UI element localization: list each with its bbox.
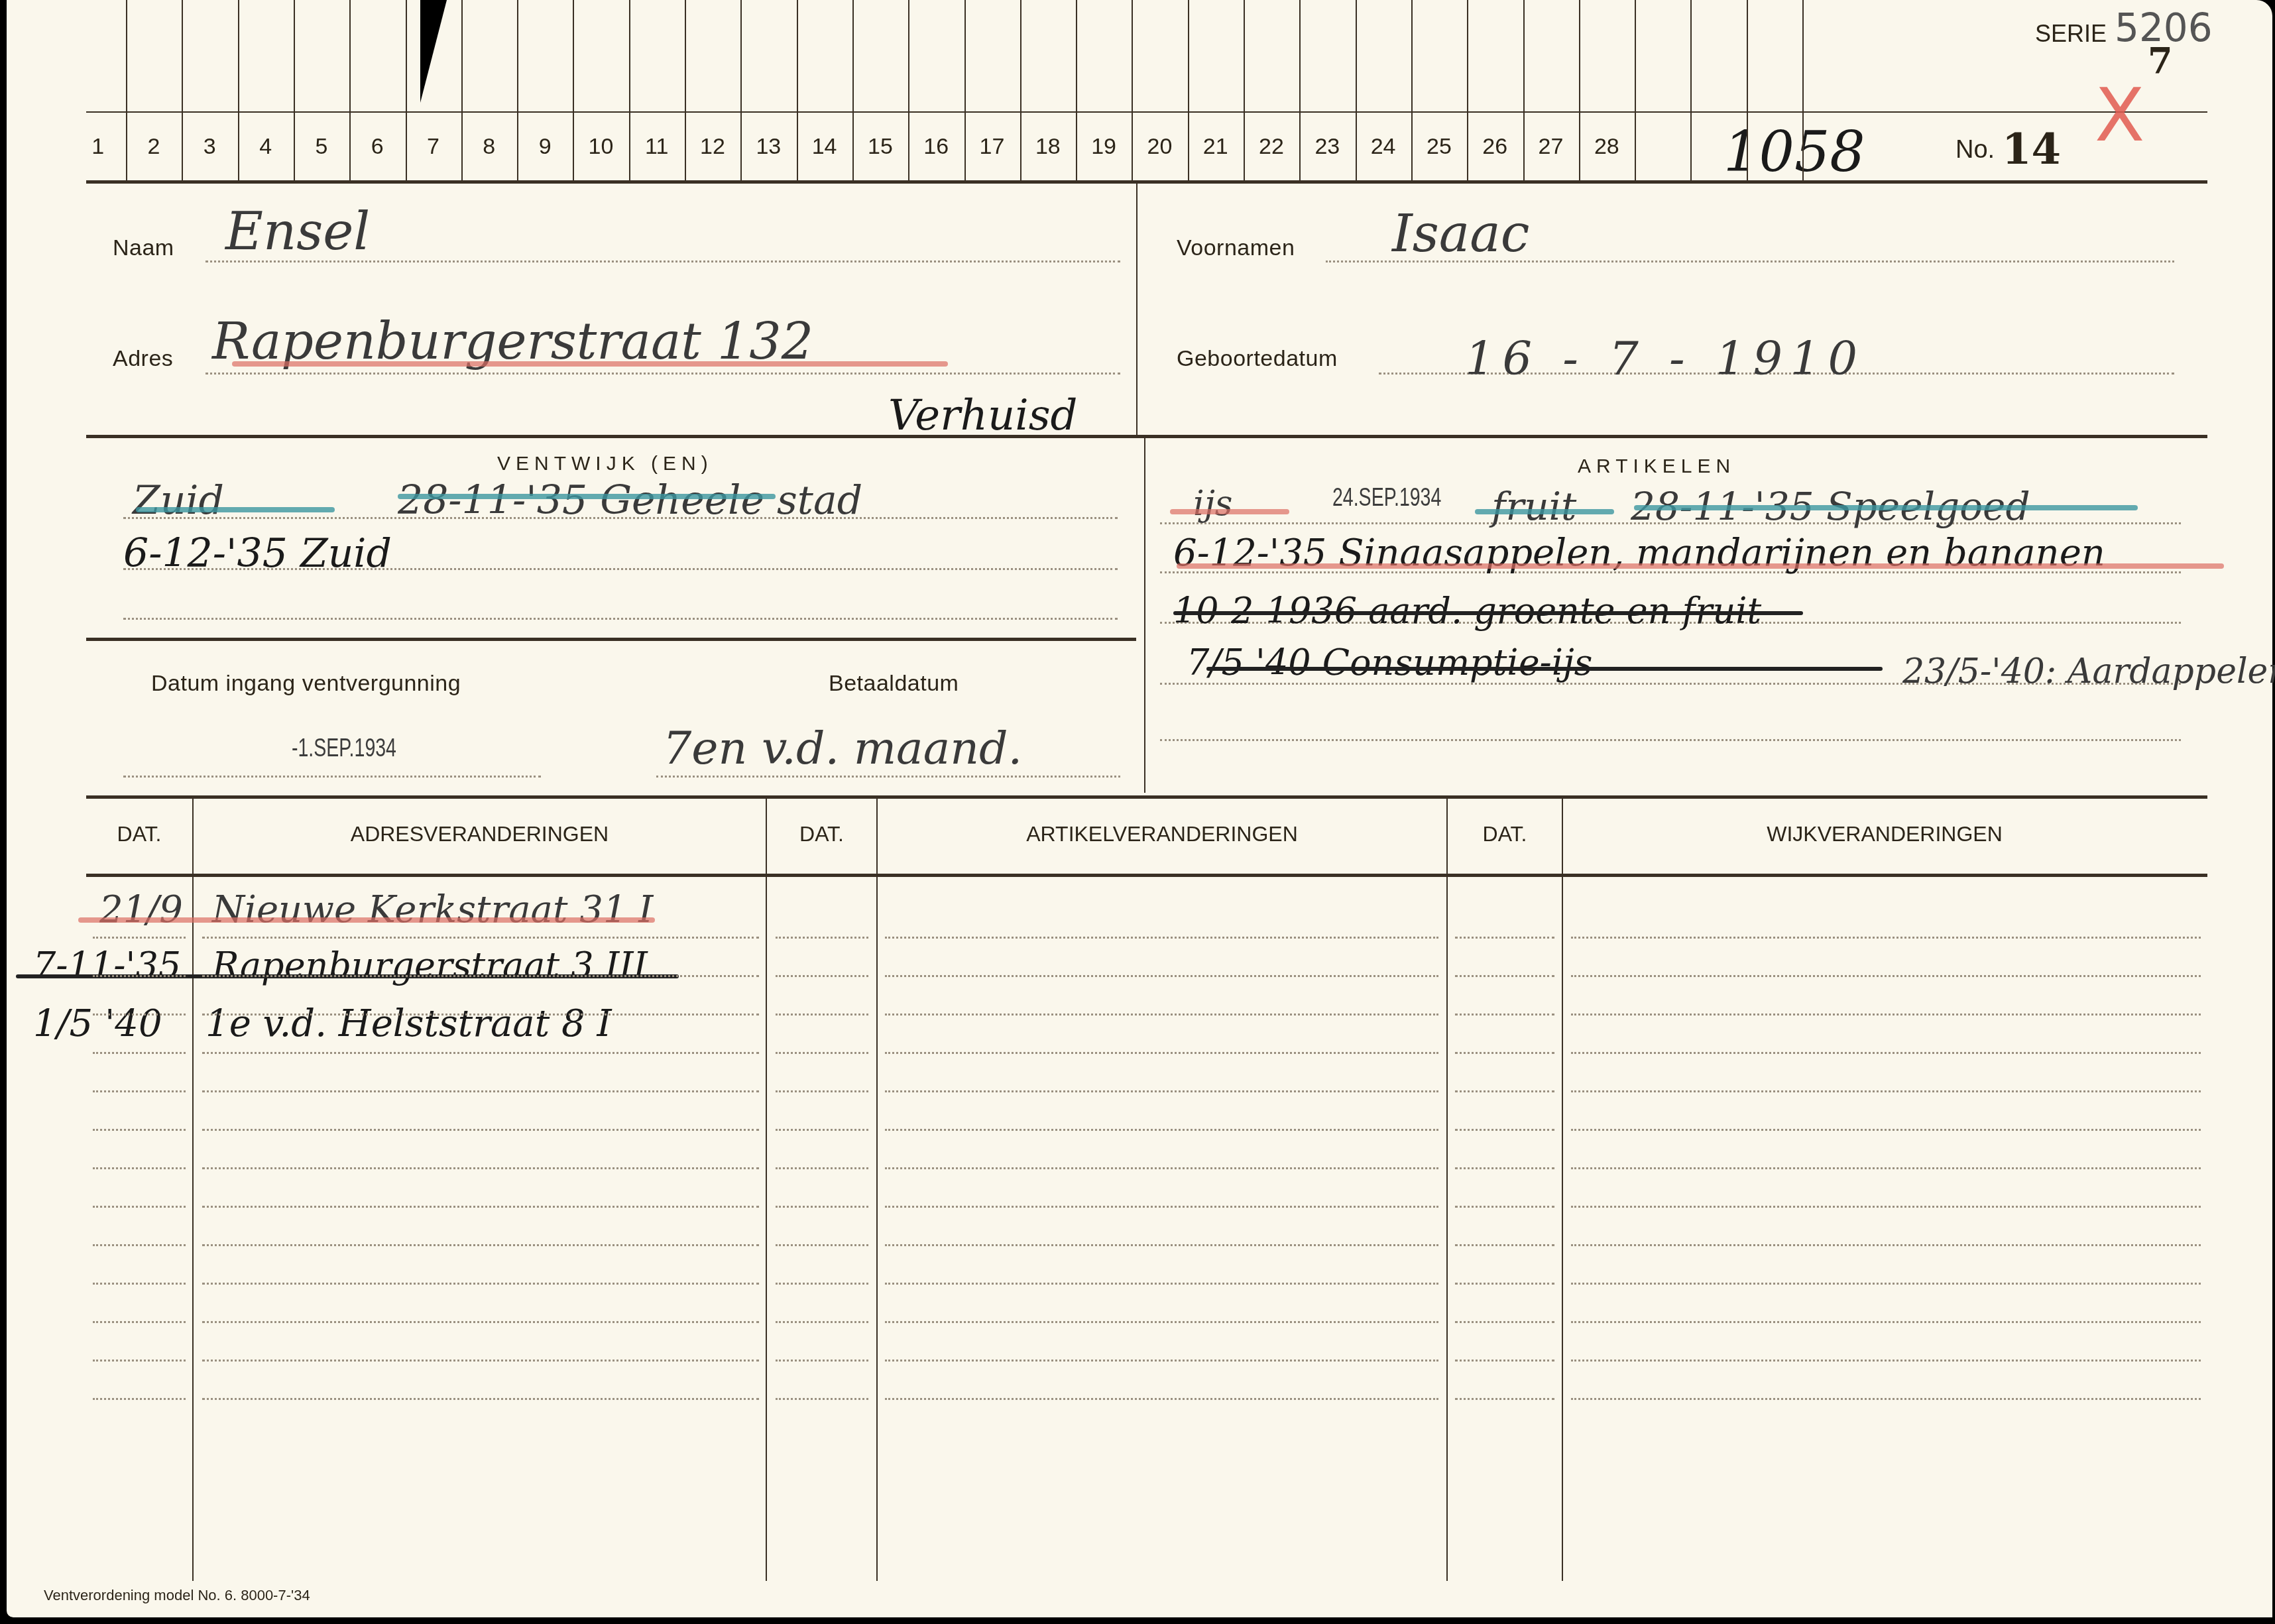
col-divider-4 bbox=[1446, 799, 1448, 1581]
table-row-rule bbox=[885, 1052, 1438, 1054]
table-row-rule bbox=[1571, 1167, 2201, 1169]
table-row-rule bbox=[1455, 1321, 1554, 1323]
table-top-line bbox=[86, 795, 2207, 799]
table-row-rule bbox=[776, 1090, 868, 1092]
table-row-rule bbox=[202, 1090, 759, 1092]
day-grid-divider bbox=[1802, 0, 1804, 180]
registration-card: 1058 SERIE 5206 7 X No. 14 Naam Ensel Vo… bbox=[7, 0, 2272, 1617]
table-row-rule bbox=[776, 1360, 868, 1362]
artikel-entry-6: 7/5 '40 Consumptie-ijs bbox=[1187, 642, 1593, 683]
day-grid-divider bbox=[1635, 0, 1636, 180]
day-number: 2 bbox=[127, 134, 180, 160]
betaaldatum-label: Betaaldatum bbox=[829, 671, 959, 697]
artikel-entry-2: fruit bbox=[1491, 484, 1576, 529]
table-row-rule bbox=[885, 1090, 1438, 1092]
geboortedatum-label: Geboortedatum bbox=[1177, 346, 1338, 372]
table-row-rule bbox=[1455, 1360, 1554, 1362]
table-row-rule bbox=[776, 1321, 868, 1323]
day-number: 11 bbox=[630, 134, 683, 160]
artikel-entry-4-strike bbox=[1177, 563, 2224, 569]
artikelen-stamp: 24.SEP.1934 bbox=[1332, 484, 1441, 512]
day-number: 10 bbox=[574, 134, 627, 160]
naam-value: Ensel bbox=[225, 202, 370, 262]
day-number: 25 bbox=[1413, 134, 1466, 160]
day-number: 14 bbox=[798, 134, 851, 160]
red-x-mark: X bbox=[2095, 73, 2144, 158]
day-number: 13 bbox=[742, 134, 795, 160]
table-row-rule bbox=[93, 1052, 186, 1054]
artikel-entry-3-strike bbox=[1634, 505, 2138, 510]
table-row-rule bbox=[885, 1167, 1438, 1169]
betaaldatum-value: 7en v.d. maand. bbox=[663, 723, 1022, 775]
section-divider-1 bbox=[86, 435, 2207, 438]
adres-strikethrough bbox=[232, 361, 948, 367]
table-row-rule bbox=[1571, 1129, 2201, 1131]
no-label: No. bbox=[1955, 136, 1995, 164]
section-divider-2 bbox=[86, 638, 1136, 641]
table-row-rule bbox=[1455, 1014, 1554, 1015]
table-row-rule bbox=[202, 975, 759, 977]
artikel-entry-2-strike bbox=[1475, 509, 1614, 514]
table-row-rule bbox=[202, 1206, 759, 1208]
card-number-handwritten: 1058 bbox=[1723, 119, 1865, 184]
serie-label: SERIE bbox=[2035, 20, 2107, 48]
adres-row-2-address: Rapenburgerstraat 3 III bbox=[212, 945, 648, 986]
table-row-rule bbox=[1455, 1052, 1554, 1054]
table-row-rule bbox=[93, 1321, 186, 1323]
day-grid-mid-line bbox=[86, 111, 2207, 113]
table-row-rule bbox=[885, 1360, 1438, 1362]
table-row-rule bbox=[202, 1398, 759, 1400]
day-number: 20 bbox=[1133, 134, 1186, 160]
table-row-rule bbox=[1571, 975, 2201, 977]
table-header-line bbox=[86, 874, 2207, 877]
header-dat-2: DAT. bbox=[767, 822, 876, 846]
artikel-entry-5-strike bbox=[1173, 611, 1803, 615]
day-number: 17 bbox=[966, 134, 1019, 160]
ventwijk-entry-2-strike bbox=[398, 494, 776, 499]
table-row-rule bbox=[776, 975, 868, 977]
table-row-rule bbox=[885, 1244, 1438, 1246]
table-row-rule bbox=[1571, 1283, 2201, 1285]
table-row-rule bbox=[776, 1014, 868, 1015]
artikel-entry-1: ijs bbox=[1193, 484, 1232, 524]
ventwijk-entry-1-strike bbox=[136, 507, 335, 512]
col-divider-5 bbox=[1562, 799, 1563, 1581]
day-number: 9 bbox=[518, 134, 571, 160]
day-number: 6 bbox=[351, 134, 404, 160]
day-grid-divider bbox=[1690, 0, 1692, 180]
day-number: 7 bbox=[407, 134, 460, 160]
table-row-rule bbox=[776, 1206, 868, 1208]
table-row-rule bbox=[202, 937, 759, 939]
adres-note: Verhuisd bbox=[888, 391, 1078, 440]
betaaldatum-line bbox=[656, 776, 1120, 778]
table-row-rule bbox=[93, 1167, 186, 1169]
table-row-rule bbox=[202, 1052, 759, 1054]
day-number: 8 bbox=[463, 134, 516, 160]
day-number: 3 bbox=[183, 134, 236, 160]
table-row-rule bbox=[1571, 1398, 2201, 1400]
day-number: 26 bbox=[1468, 134, 1521, 160]
day-number: 15 bbox=[854, 134, 907, 160]
card-notch bbox=[420, 0, 447, 103]
artikel-entry-6-strike bbox=[1206, 667, 1883, 671]
table-row-rule bbox=[93, 1360, 186, 1362]
table-row-rule bbox=[776, 1283, 868, 1285]
table-row-rule bbox=[1571, 937, 2201, 939]
table-row-rule bbox=[1571, 1244, 2201, 1246]
day-number: 22 bbox=[1245, 134, 1298, 160]
table-row-rule bbox=[93, 975, 186, 977]
table-row-rule bbox=[93, 1283, 186, 1285]
table-row-rule bbox=[93, 1206, 186, 1208]
table-row-rule bbox=[776, 937, 868, 939]
day-number: 4 bbox=[239, 134, 292, 160]
table-row-rule bbox=[885, 1398, 1438, 1400]
table-row-rule bbox=[1455, 975, 1554, 977]
day-number: 5 bbox=[295, 134, 348, 160]
day-number: 21 bbox=[1189, 134, 1242, 160]
table-row-rule bbox=[1571, 1014, 2201, 1015]
table-row-rule bbox=[1455, 1090, 1554, 1092]
artikel-entry-1-strike bbox=[1170, 509, 1289, 514]
header-dat-3: DAT. bbox=[1448, 822, 1562, 846]
table-row-rule bbox=[1455, 1129, 1554, 1131]
header-adresveranderingen: ADRESVERANDERINGEN bbox=[194, 822, 766, 846]
table-row-rule bbox=[1571, 1360, 2201, 1362]
table-row-rule bbox=[93, 1014, 186, 1015]
ventwijk-title: VENTWIJK (EN) bbox=[497, 453, 713, 475]
header-wijkveranderingen: WIJKVERANDERINGEN bbox=[1563, 822, 2206, 846]
ventwijk-entry-2: 28-11-'35 Geheele stad bbox=[398, 477, 862, 524]
table-row-rule bbox=[93, 1129, 186, 1131]
ventwijk-entry-1: Zuid bbox=[133, 477, 224, 524]
table-row-rule bbox=[1455, 1283, 1554, 1285]
day-number: 23 bbox=[1301, 134, 1354, 160]
table-row-rule bbox=[776, 1167, 868, 1169]
table-row-rule bbox=[776, 1398, 868, 1400]
table-row-rule bbox=[1571, 1206, 2201, 1208]
serie-sub: 7 bbox=[2148, 40, 2173, 82]
header-dat-1: DAT. bbox=[86, 822, 192, 846]
table-row-rule bbox=[1455, 1244, 1554, 1246]
adres-row-3-date: 1/5 '40 bbox=[33, 1002, 162, 1045]
datum-ingang-line bbox=[123, 776, 541, 778]
geboortedatum-value: 16 - 7 - 1910 bbox=[1465, 331, 1865, 386]
table-row-rule bbox=[1455, 1398, 1554, 1400]
table-row-rule bbox=[885, 937, 1438, 939]
table-row-rule bbox=[885, 1129, 1438, 1131]
table-row-rule bbox=[93, 1244, 186, 1246]
artikelen-line-5 bbox=[1160, 739, 2181, 741]
table-row-rule bbox=[885, 1283, 1438, 1285]
day-number: 28 bbox=[1580, 134, 1633, 160]
table-row-rule bbox=[202, 1129, 759, 1131]
table-row-rule bbox=[776, 1129, 868, 1131]
table-row-rule bbox=[1455, 1167, 1554, 1169]
day-number: 19 bbox=[1077, 134, 1130, 160]
table-row-rule bbox=[1571, 1321, 2201, 1323]
table-row-rule bbox=[1571, 1052, 2201, 1054]
col-divider-1 bbox=[192, 799, 194, 1581]
adres-label: Adres bbox=[113, 346, 173, 372]
day-grid-divider bbox=[1747, 0, 1748, 180]
day-number: 16 bbox=[909, 134, 962, 160]
table-row-rule bbox=[885, 1206, 1438, 1208]
table-row-rule bbox=[202, 1360, 759, 1362]
day-number: 24 bbox=[1357, 134, 1410, 160]
voornamen-label: Voornamen bbox=[1177, 235, 1295, 261]
no-value: 14 bbox=[2002, 125, 2061, 174]
day-number: 1 bbox=[72, 134, 125, 160]
day-number: 12 bbox=[686, 134, 739, 160]
table-row-rule bbox=[202, 1244, 759, 1246]
artikelen-divider bbox=[1144, 437, 1145, 793]
col-divider-3 bbox=[876, 799, 878, 1581]
day-number: 27 bbox=[1525, 134, 1578, 160]
table-row-rule bbox=[93, 1090, 186, 1092]
table-row-rule bbox=[1455, 1206, 1554, 1208]
datum-ingang-label: Datum ingang ventvergunning bbox=[151, 671, 461, 697]
table-row-rule bbox=[885, 975, 1438, 977]
table-row-rule bbox=[776, 1052, 868, 1054]
col-divider-2 bbox=[766, 799, 767, 1581]
naam-label: Naam bbox=[113, 235, 174, 261]
table-row-rule bbox=[202, 1167, 759, 1169]
adres-row-1-date: 21/9 bbox=[99, 888, 183, 931]
datum-ingang-value: -1.SEP.1934 bbox=[292, 734, 396, 763]
header-artikelveranderingen: ARTIKELVERANDERINGEN bbox=[878, 822, 1446, 846]
adres-row-1-address: Nieuwe Kerkstraat 31 I bbox=[212, 888, 653, 931]
table-row-rule bbox=[885, 1014, 1438, 1015]
table-row-rule bbox=[202, 1014, 759, 1015]
artikel-entry-7: 23/5-'40: Aardappelen, groente en fruit bbox=[1902, 642, 2247, 701]
day-number: 18 bbox=[1021, 134, 1075, 160]
form-footer: Ventverordening model No. 6. 8000-7-'34 bbox=[44, 1587, 310, 1604]
ventwijk-entry-3: 6-12-'35 Zuid bbox=[123, 530, 392, 577]
voornamen-value: Isaac bbox=[1392, 204, 1530, 264]
table-row-rule bbox=[1455, 937, 1554, 939]
table-row-rule bbox=[202, 1283, 759, 1285]
table-row-rule bbox=[202, 1321, 759, 1323]
ventwijk-line-3 bbox=[123, 618, 1118, 620]
table-row-rule bbox=[93, 1398, 186, 1400]
day-grid-bottom-line bbox=[86, 180, 2207, 184]
table-row-rule bbox=[776, 1244, 868, 1246]
table-row-rule bbox=[1571, 1090, 2201, 1092]
personal-divider bbox=[1136, 183, 1137, 435]
table-row-rule bbox=[885, 1321, 1438, 1323]
adres-line bbox=[205, 373, 1120, 375]
adres-row-2-date: 7-11-'35 bbox=[33, 945, 181, 986]
adres-row-1-strike bbox=[78, 917, 655, 923]
artikelen-title: ARTIKELEN bbox=[1578, 455, 1735, 478]
table-row-rule bbox=[93, 937, 186, 939]
adres-row-3-address: 1e v.d. Helststraat 8 I bbox=[205, 1002, 612, 1045]
